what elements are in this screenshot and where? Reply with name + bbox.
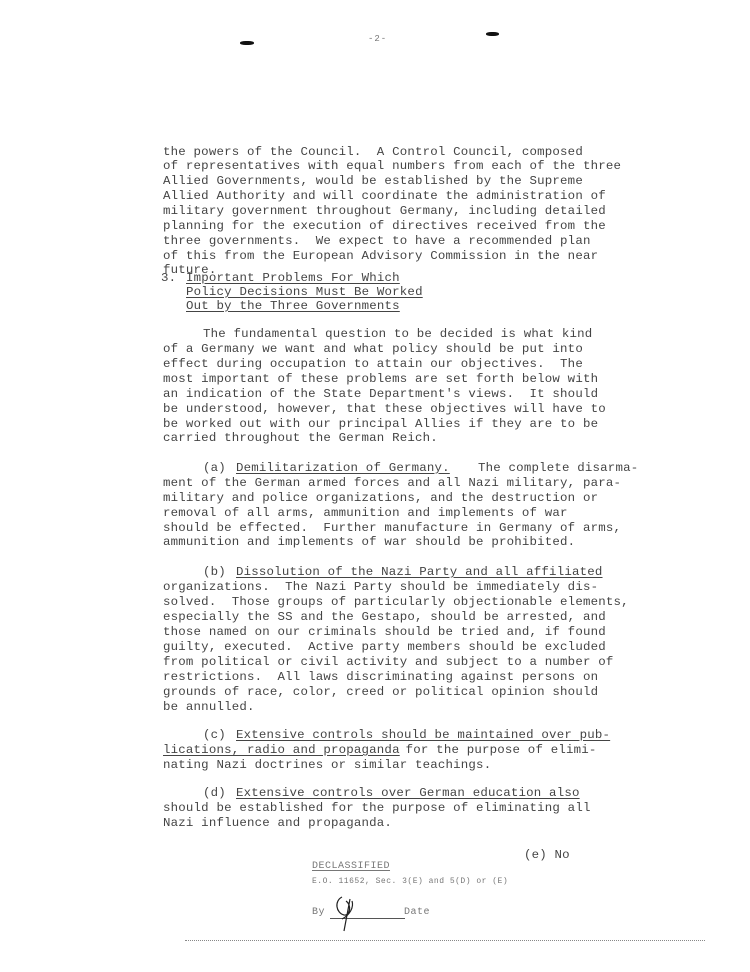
text-line: the powers of the Council. A Control Cou… [163,145,583,159]
item-heading: Demilitarization of Germany. [236,461,450,475]
item-heading: Extensive controls over German education… [236,786,580,800]
item-label: (d) [203,786,226,800]
text-line: ment of the German armed forces and all … [163,476,621,490]
item-label: (b) [203,565,226,579]
text-line: The complete disarma- [478,461,638,475]
text-line: nating Nazi doctrines or similar teachin… [163,758,491,772]
punch-hole-mark [240,41,254,45]
item-heading: Dissolution of the Nazi Party and all af… [236,565,603,579]
stamp-by-label: By [312,907,325,918]
item-e-continuation: (e) No [524,848,570,862]
text-line: be worked out with our principal Allies … [163,417,598,431]
text-line: from political or civil activity and sub… [163,655,614,669]
heading-line: Policy Decisions Must Be Worked [186,285,423,299]
text-line: carried throughout the German Reich. [163,431,438,445]
text-line: effect during occupation to attain our o… [163,357,583,371]
text-line: most important of these problems are set… [163,372,598,386]
text-line: of representatives with equal numbers fr… [163,159,621,173]
text-line: Allied Governments, would be established… [163,174,583,188]
heading-line: Out by the Three Governments [186,299,400,313]
text-line: organizations. The Nazi Party should be … [163,580,598,594]
stamp-date-label: Date [404,907,430,918]
punch-hole-mark [486,32,499,36]
text-line: ammunition and implements of war should … [163,535,575,549]
item-heading: Extensive controls should be maintained … [236,728,610,742]
document-page: -2- the powers of the Council. A Control… [0,0,750,972]
text-line: guilty, executed. Active party members s… [163,640,606,654]
item-label: (c) [203,728,226,742]
item-label: (a) [203,461,226,475]
text-line: military government throughout Germany, … [163,204,606,218]
text-line: military and police organizations, and t… [163,491,598,505]
text-line: an indication of the State Department's … [163,387,598,401]
text-line: for the purpose of elimi- [398,743,597,757]
heading-line: Important Problems For Which [186,271,400,285]
text-line: Allied Authority and will coordinate the… [163,189,606,203]
text-line: restrictions. All laws discriminating ag… [163,670,598,684]
text-line: The fundamental question to be decided i… [203,327,592,341]
section-number: 3. [161,271,176,285]
text-line: be annulled. [163,700,255,714]
text-line: planning for the execution of directives… [163,219,606,233]
text-line: should be effected. Further manufacture … [163,521,621,535]
stamp-authority: E.O. 11652, Sec. 3(E) and 5(D) or (E) [312,877,508,886]
text-line: removal of all arms, ammunition and impl… [163,506,568,520]
signature-icon [330,893,370,933]
text-line: Nazi influence and propaganda. [163,816,392,830]
item-heading-cont: lications, radio and propaganda [163,743,400,757]
text-line: grounds of race, color, creed or politic… [163,685,598,699]
text-line: of a Germany we want and what policy sho… [163,342,583,356]
scan-artifact-line [185,940,705,941]
text-line: those named on our criminals should be t… [163,625,606,639]
text-line: of this from the European Advisory Commi… [163,249,598,263]
stamp-title: DECLASSIFIED [312,861,390,872]
page-number: -2- [368,34,387,44]
text-line: should be established for the purpose of… [163,801,591,815]
text-line: solved. Those groups of particularly obj… [163,595,629,609]
text-line: especially the SS and the Gestapo, shoul… [163,610,606,624]
text-line: three governments. We expect to have a r… [163,234,591,248]
text-line: be understood, however, that these objec… [163,402,606,416]
